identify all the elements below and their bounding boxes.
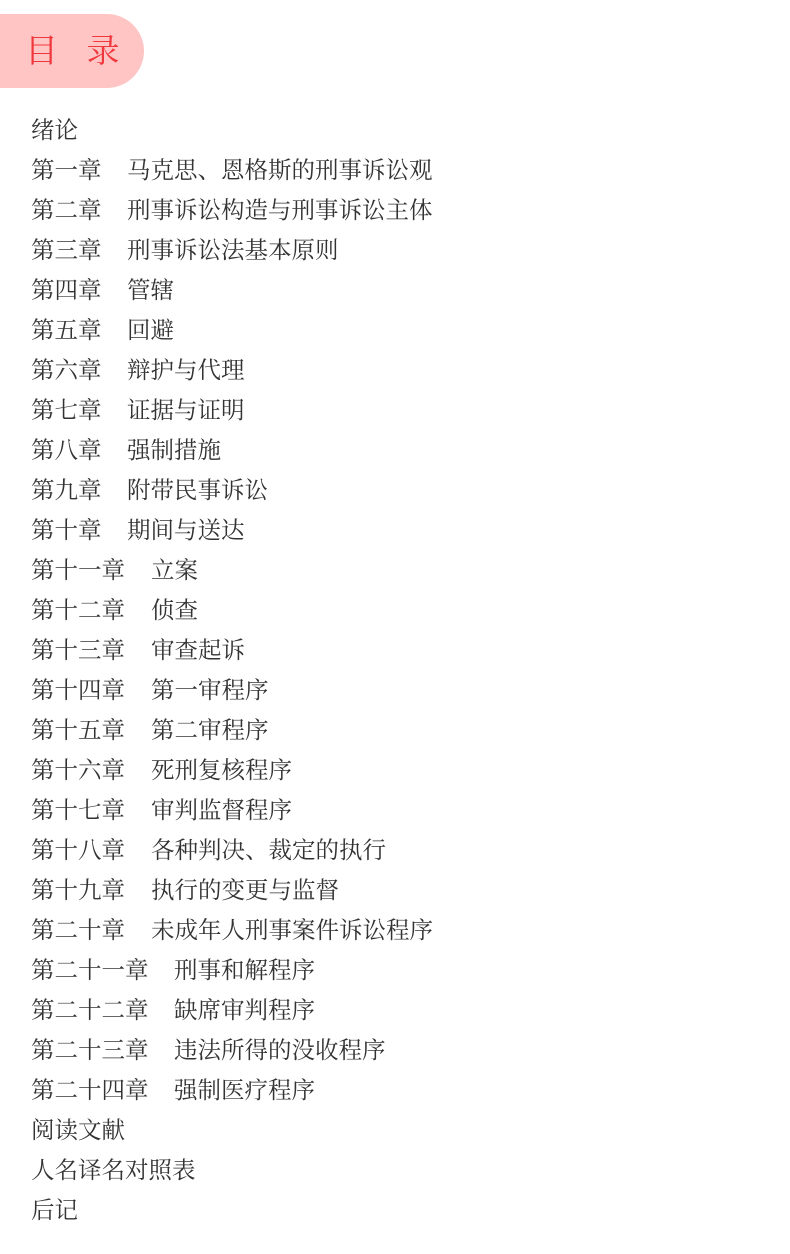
toc-chapter-title: 各种判决、裁定的执行: [151, 830, 386, 870]
toc-item-chapter-10[interactable]: 第十章期间与送达: [31, 510, 196, 550]
toc-chapter-number: 第十三章: [31, 630, 125, 670]
toc-chapter-title: 第一审程序: [151, 670, 269, 710]
toc-chapter-title: 违法所得的没收程序: [174, 1030, 386, 1070]
toc-item-chapter-12[interactable]: 第十二章侦查: [31, 590, 196, 630]
toc-item-chapter-16[interactable]: 第十六章死刑复核程序: [31, 750, 196, 790]
toc-chapter-number: 第五章: [31, 310, 102, 350]
toc-item-label: 阅读文献: [31, 1110, 125, 1150]
toc-chapter-title: 期间与送达: [127, 510, 245, 550]
toc-chapter-title: 强制医疗程序: [174, 1070, 315, 1110]
toc-chapter-title: 证据与证明: [127, 390, 245, 430]
toc-chapter-title: 管辖: [127, 270, 174, 310]
toc-chapter-title: 缺席审判程序: [174, 990, 315, 1030]
toc-chapter-number: 第二十二章: [31, 990, 149, 1030]
toc-item-label: 人名译名对照表: [31, 1150, 196, 1190]
toc-chapter-title: 刑事诉讼法基本原则: [127, 230, 339, 270]
toc-chapter-title: 执行的变更与监督: [151, 870, 339, 910]
toc-chapter-number: 第四章: [31, 270, 102, 310]
toc-item-chapter-5[interactable]: 第五章回避: [31, 310, 196, 350]
toc-chapter-title: 马克思、恩格斯的刑事诉讼观: [127, 150, 433, 190]
toc-chapter-number: 第十九章: [31, 870, 125, 910]
toc-chapter-title: 刑事和解程序: [174, 950, 315, 990]
toc-chapter-number: 第二十一章: [31, 950, 149, 990]
toc-item-chapter-19[interactable]: 第十九章执行的变更与监督: [31, 870, 196, 910]
toc-item-chapter-11[interactable]: 第十一章立案: [31, 550, 196, 590]
toc-item-chapter-1[interactable]: 第一章马克思、恩格斯的刑事诉讼观: [31, 150, 196, 190]
toc-chapter-number: 第十一章: [31, 550, 125, 590]
toc-chapter-title: 回避: [127, 310, 174, 350]
toc-item-chapter-4[interactable]: 第四章管辖: [31, 270, 196, 310]
toc-title: 目 录: [25, 14, 129, 88]
table-of-contents: 绪论 第一章马克思、恩格斯的刑事诉讼观 第二章刑事诉讼构造与刑事诉讼主体 第三章…: [31, 110, 196, 1230]
toc-chapter-title: 立案: [151, 550, 198, 590]
toc-item-chapter-9[interactable]: 第九章附带民事诉讼: [31, 470, 196, 510]
toc-header-pill: 目 录: [0, 14, 144, 88]
toc-item-chapter-17[interactable]: 第十七章审判监督程序: [31, 790, 196, 830]
toc-chapter-number: 第七章: [31, 390, 102, 430]
toc-chapter-title: 审判监督程序: [151, 790, 292, 830]
toc-item-chapter-14[interactable]: 第十四章第一审程序: [31, 670, 196, 710]
toc-chapter-number: 第十七章: [31, 790, 125, 830]
toc-chapter-number: 第九章: [31, 470, 102, 510]
toc-chapter-number: 第六章: [31, 350, 102, 390]
toc-chapter-number: 第八章: [31, 430, 102, 470]
toc-item-chapter-24[interactable]: 第二十四章强制医疗程序: [31, 1070, 196, 1110]
toc-item-chapter-18[interactable]: 第十八章各种判决、裁定的执行: [31, 830, 196, 870]
toc-chapter-number: 第二章: [31, 190, 102, 230]
toc-item-chapter-8[interactable]: 第八章强制措施: [31, 430, 196, 470]
toc-chapter-number: 第十六章: [31, 750, 125, 790]
toc-chapter-number: 第十章: [31, 510, 102, 550]
toc-item-chapter-21[interactable]: 第二十一章刑事和解程序: [31, 950, 196, 990]
toc-chapter-number: 第三章: [31, 230, 102, 270]
toc-chapter-number: 第十八章: [31, 830, 125, 870]
toc-chapter-number: 第二十章: [31, 910, 125, 950]
toc-chapter-number: 第一章: [31, 150, 102, 190]
toc-item-label: 后记: [31, 1190, 78, 1230]
toc-chapter-title: 强制措施: [127, 430, 221, 470]
toc-item-chapter-15[interactable]: 第十五章第二审程序: [31, 710, 196, 750]
toc-item-chapter-22[interactable]: 第二十二章缺席审判程序: [31, 990, 196, 1030]
toc-chapter-title: 刑事诉讼构造与刑事诉讼主体: [127, 190, 433, 230]
toc-chapter-title: 死刑复核程序: [151, 750, 292, 790]
toc-item-afterword[interactable]: 后记: [31, 1190, 196, 1230]
toc-chapter-number: 第十四章: [31, 670, 125, 710]
toc-chapter-title: 未成年人刑事案件诉讼程序: [151, 910, 433, 950]
toc-item-name-glossary[interactable]: 人名译名对照表: [31, 1150, 196, 1190]
toc-chapter-title: 辩护与代理: [127, 350, 245, 390]
toc-item-chapter-2[interactable]: 第二章刑事诉讼构造与刑事诉讼主体: [31, 190, 196, 230]
toc-chapter-number: 第十五章: [31, 710, 125, 750]
toc-item-chapter-23[interactable]: 第二十三章违法所得的没收程序: [31, 1030, 196, 1070]
toc-chapter-title: 侦查: [151, 590, 198, 630]
toc-item-chapter-6[interactable]: 第六章辩护与代理: [31, 350, 196, 390]
toc-item-chapter-20[interactable]: 第二十章未成年人刑事案件诉讼程序: [31, 910, 196, 950]
toc-chapter-title: 附带民事诉讼: [127, 470, 268, 510]
toc-item-chapter-3[interactable]: 第三章刑事诉讼法基本原则: [31, 230, 196, 270]
toc-chapter-number: 第十二章: [31, 590, 125, 630]
toc-chapter-number: 第二十三章: [31, 1030, 149, 1070]
toc-item-reading-list[interactable]: 阅读文献: [31, 1110, 196, 1150]
toc-chapter-number: 第二十四章: [31, 1070, 149, 1110]
toc-item-label: 绪论: [31, 110, 78, 150]
toc-item-chapter-13[interactable]: 第十三章审查起诉: [31, 630, 196, 670]
toc-item-chapter-7[interactable]: 第七章证据与证明: [31, 390, 196, 430]
toc-chapter-title: 第二审程序: [151, 710, 269, 750]
toc-chapter-title: 审查起诉: [151, 630, 245, 670]
toc-item-introduction[interactable]: 绪论: [31, 110, 196, 150]
